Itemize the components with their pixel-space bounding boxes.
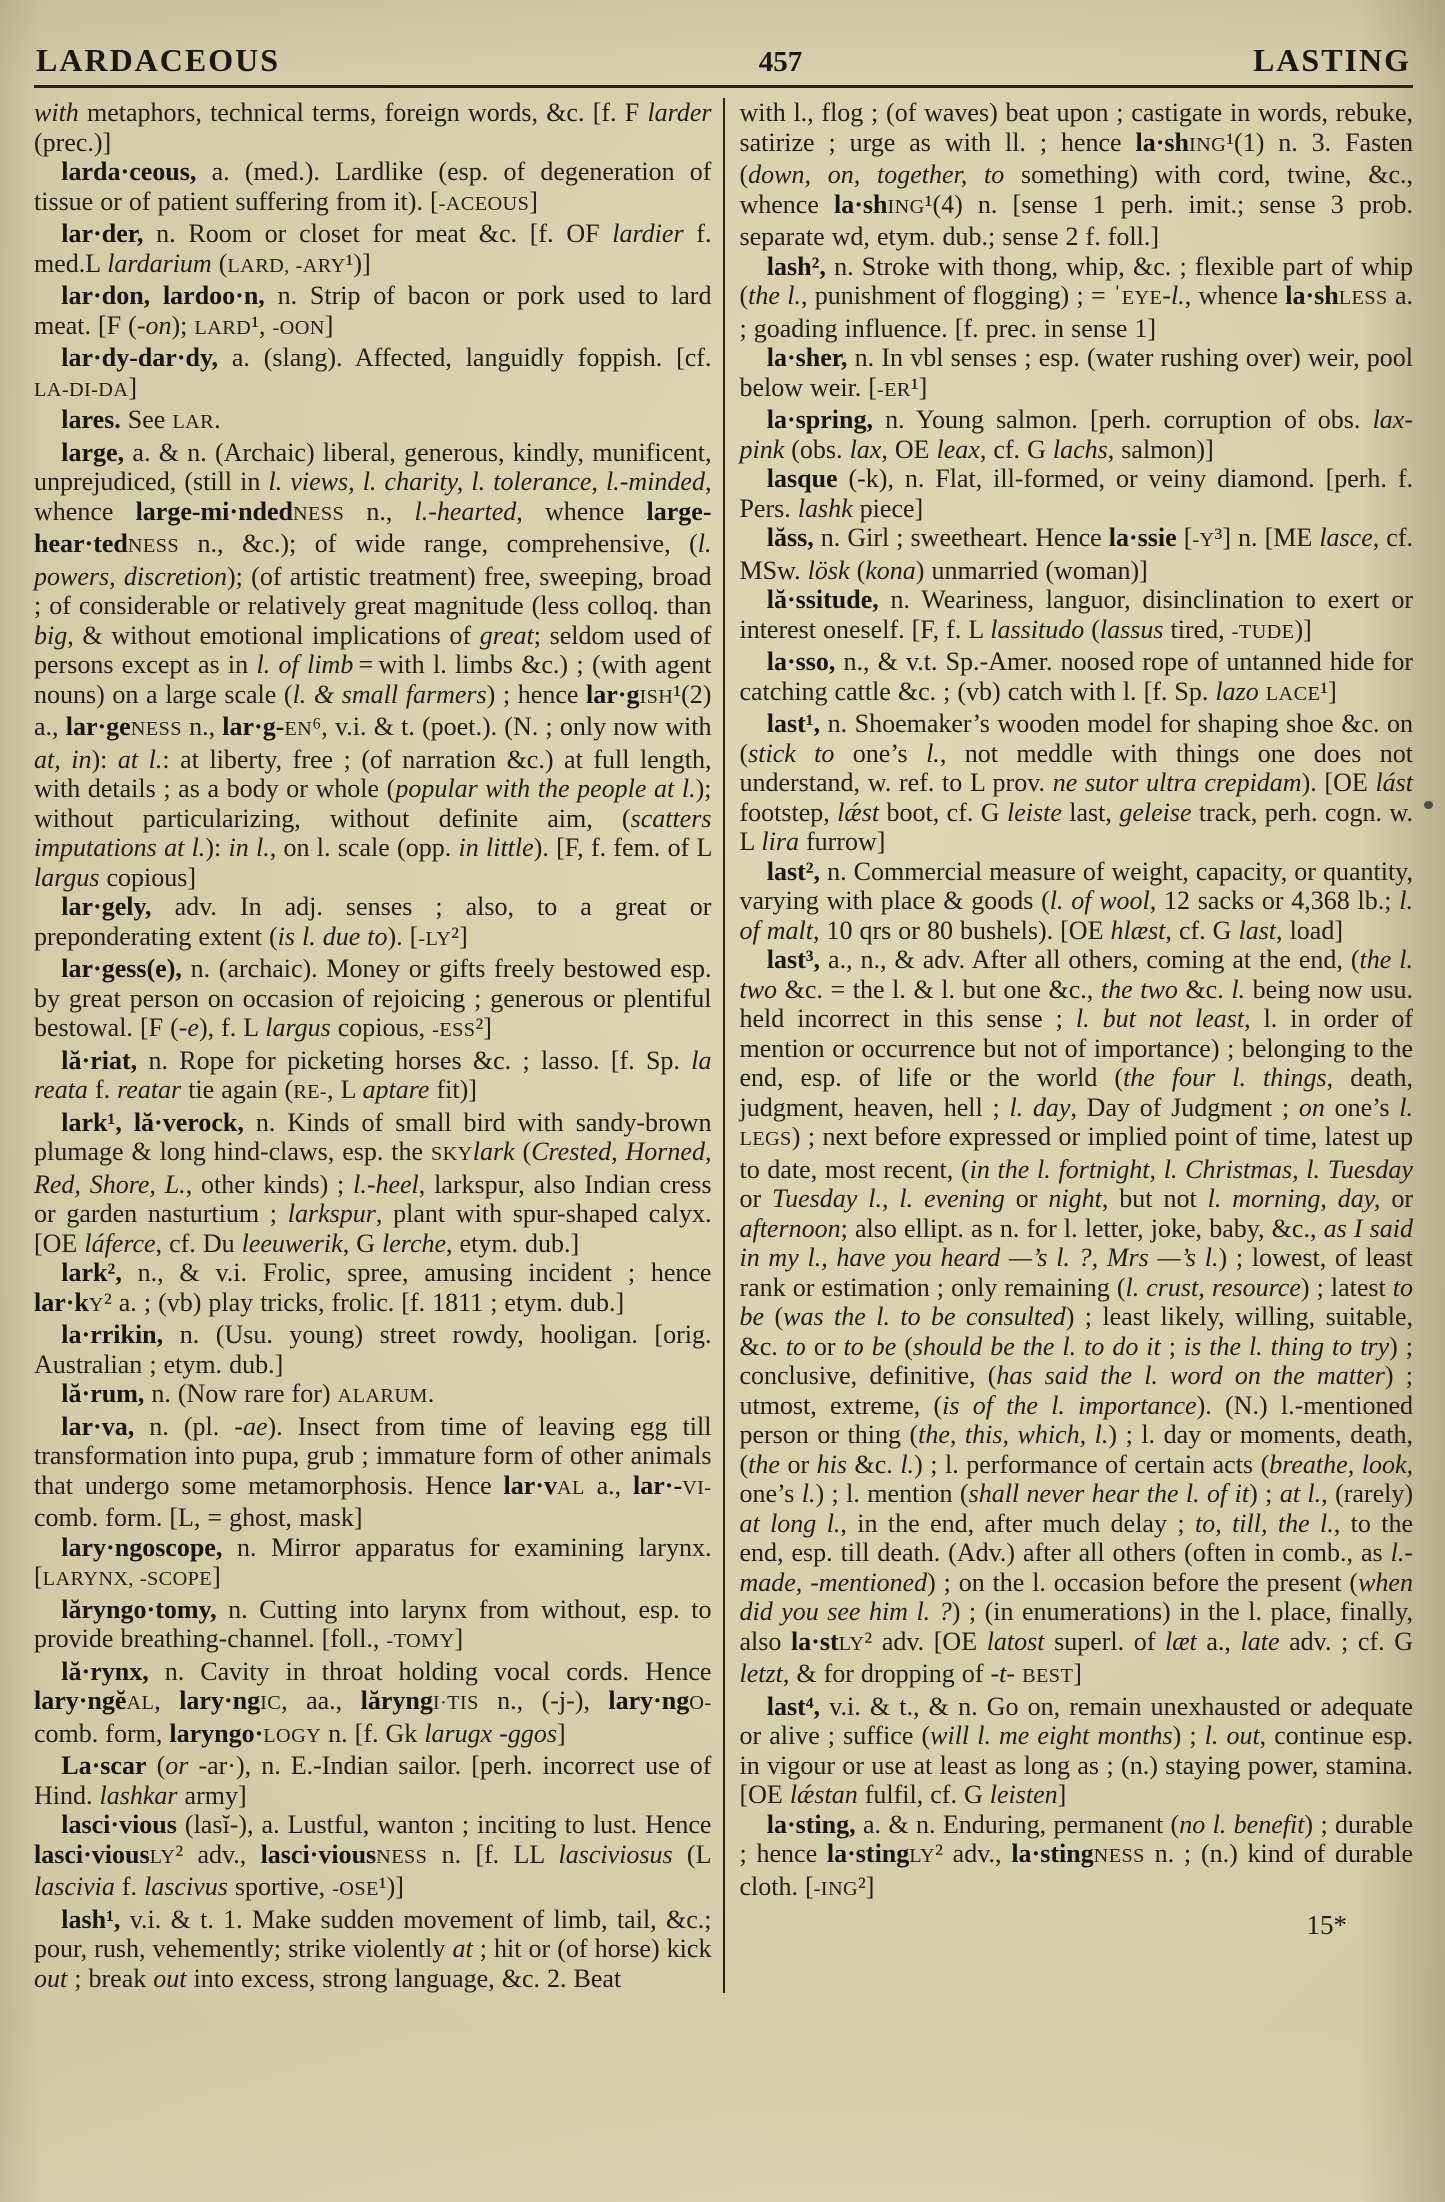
text-run-p: n., xyxy=(344,497,414,526)
text-run-p: ] xyxy=(212,1562,221,1591)
text-run-p: boot, cf. G xyxy=(879,798,1007,827)
text-run-p: n. Young salmon. [perh. corruption of ob… xyxy=(873,405,1373,434)
text-run-p: ( xyxy=(764,1302,783,1331)
text-run-i: hlæst xyxy=(1111,916,1166,945)
text-run-b: lar·va, xyxy=(61,1412,134,1441)
text-run-p: &c. xyxy=(847,1450,900,1479)
text-run-sc: LARD, -ARY xyxy=(227,255,345,277)
text-run-p: n., (-j-), xyxy=(479,1686,609,1715)
text-run-p: n. Cavity in throat holding vocal cords.… xyxy=(149,1657,712,1686)
text-run-i: the two xyxy=(1101,975,1178,1004)
text-run-p: (obs. xyxy=(784,435,849,464)
text-run-b: lar·k xyxy=(34,1288,89,1317)
text-run-p: , in the end, after much delay ; xyxy=(840,1509,1195,1538)
dictionary-entry: la·spring, n. Young salmon. [perh. corru… xyxy=(739,405,1413,464)
text-run-sc: LEGS xyxy=(739,1128,791,1150)
text-run-b: lar·g xyxy=(586,680,639,709)
text-run-i: should be the l. to do it xyxy=(913,1332,1161,1361)
text-run-i: is of the l. importance xyxy=(942,1391,1196,1420)
text-run-sc: EN xyxy=(284,718,312,740)
text-run-p: n. [f. LL xyxy=(427,1840,558,1869)
text-run-p: ): xyxy=(91,745,117,774)
text-run-p: ) ; hence xyxy=(487,680,586,709)
text-run-b: lasci·vious xyxy=(34,1840,150,1869)
text-run-sc: NESS xyxy=(131,718,182,740)
text-run-sc: LY xyxy=(150,1846,176,1868)
text-run-i: l. xyxy=(802,1479,816,1508)
dictionary-entry: La·scar (or -ar·), n. E.-Indian sailor. … xyxy=(34,1751,711,1810)
text-run-i: has said the l. word on the matter xyxy=(996,1361,1385,1390)
dictionary-entry: la·rrikin, n. (Usu. young) street rowdy,… xyxy=(34,1320,711,1379)
text-run-b: lă·ssitude, xyxy=(767,585,879,614)
dictionary-entry: larda·ceous, a. (med.). Lardlike (esp. o… xyxy=(34,157,711,219)
text-run-i: lást xyxy=(1375,768,1413,797)
dictionary-entry: lasci·vious (lasĭ-), a. Lustful, wanton … xyxy=(34,1810,711,1905)
text-run-sc: -OSE xyxy=(332,1878,379,1900)
text-run-p: sportive, xyxy=(228,1872,332,1901)
text-run-i: lachs xyxy=(1053,435,1108,464)
text-run-i: to xyxy=(786,1332,806,1361)
text-run-p: comb. form, xyxy=(34,1719,169,1748)
text-run-sc: -TOMY xyxy=(386,1630,454,1652)
text-run-b: lar·v xyxy=(504,1471,557,1500)
text-run-p: (prec.)] xyxy=(34,128,111,157)
text-run-sc: LACE xyxy=(1266,683,1321,705)
text-run-i: lira xyxy=(761,827,799,856)
text-run-p: a. (slang). Affected, languidly foppish.… xyxy=(218,343,711,372)
text-run-i: or xyxy=(165,1751,188,1780)
text-run-i: l. crust, resource xyxy=(1125,1273,1300,1302)
text-run-i: the l. xyxy=(748,281,801,310)
text-run-p: army] xyxy=(178,1781,247,1810)
text-run-sc: ING xyxy=(1189,134,1226,156)
text-run-p: ( xyxy=(850,556,866,585)
text-run-i: big xyxy=(34,621,67,650)
text-run-i: larugx -ggos xyxy=(424,1719,557,1748)
text-run-b: lary·ng xyxy=(179,1686,260,1715)
text-run-p: , cf. Du xyxy=(156,1229,242,1258)
text-run-i: in the l. fortnight, l. Christmas, l. Tu… xyxy=(970,1155,1413,1184)
guide-word-right: LASTING xyxy=(1253,42,1411,79)
text-run-i: last xyxy=(1238,916,1276,945)
dictionary-entry: lark², n., & v.i. Frolic, spree, amusing… xyxy=(34,1258,711,1320)
text-run-p: ) ; l. mention ( xyxy=(816,1479,969,1508)
text-run-b: larda·ceous, xyxy=(61,157,196,186)
text-run-i: no l. benefit xyxy=(1179,1810,1304,1839)
text-run-p: ( xyxy=(212,249,228,278)
text-run-b: lar·- xyxy=(633,1471,682,1500)
text-run-p: ] xyxy=(1058,1780,1067,1809)
text-run-p xyxy=(1259,677,1266,706)
guide-word-left: LARDACEOUS xyxy=(36,42,280,79)
text-run-sc: LY xyxy=(839,1633,865,1655)
text-run-b: lash¹, xyxy=(61,1905,120,1934)
text-run-b: lar·ge xyxy=(66,712,131,741)
text-run-sc: Y xyxy=(89,1294,104,1316)
text-run-sc: -ING xyxy=(814,1878,858,1900)
text-run-p: fit)] xyxy=(429,1075,476,1104)
text-run-p: n., xyxy=(182,712,222,741)
text-run-i: lax xyxy=(850,435,882,464)
text-run-b: lark¹, lă·verock, xyxy=(61,1108,244,1137)
text-run-p: (L xyxy=(673,1840,712,1869)
text-run-i: leax xyxy=(937,435,980,464)
dictionary-entry: lary·ngoscope, n. Mirror apparatus for e… xyxy=(34,1533,711,1595)
text-run-p: ¹)] xyxy=(379,1872,404,1901)
text-run-i: l.-hearted xyxy=(414,497,516,526)
text-run-i: in l. xyxy=(228,833,269,862)
text-run-p: ²] xyxy=(451,922,467,951)
dictionary-entry: last¹, n. Shoemaker’s wooden model for s… xyxy=(739,709,1413,857)
text-run-b: lar·der, xyxy=(61,219,143,248)
text-run-p: , whence xyxy=(1185,281,1286,310)
text-run-b: la·rrikin, xyxy=(61,1320,163,1349)
text-run-p: , G xyxy=(343,1229,382,1258)
text-run-p: . xyxy=(214,405,221,434)
text-run-i: stick to xyxy=(748,739,834,768)
text-run-p: See xyxy=(121,405,173,434)
dictionary-entry: lă·rum, n. (Now rare for) ALARUM. xyxy=(34,1379,711,1412)
text-run-p: , etym. dub.] xyxy=(446,1229,579,1258)
dictionary-entry: lă·rynx, n. Cavity in throat holding voc… xyxy=(34,1657,711,1752)
text-run-p: a., xyxy=(585,1471,633,1500)
text-run-i: l. views, l. charity, l. tolerance, l.-m… xyxy=(268,467,704,496)
text-run-p: ( xyxy=(515,1137,532,1166)
text-run-sc: -OON xyxy=(273,317,325,339)
text-run-i: lascivia xyxy=(34,1872,115,1901)
text-run-p: &c. xyxy=(1178,975,1231,1004)
text-run-i: Tuesday l., l. evening xyxy=(772,1184,1005,1213)
text-run-b: lary·ngĕ xyxy=(34,1686,126,1715)
text-run-sc: NESS xyxy=(128,535,179,557)
text-run-i: at, in xyxy=(34,745,91,774)
dictionary-entry: la·sher, n. In vbl senses ; esp. (water … xyxy=(739,343,1413,405)
text-run-b: lă·rum, xyxy=(61,1379,144,1408)
text-run-i: was the l. to be consulted xyxy=(783,1302,1066,1331)
text-run-p: ³] n. [ME xyxy=(1215,523,1320,552)
text-run-p: ¹)] xyxy=(346,249,371,278)
text-run-sc: LY xyxy=(909,1845,935,1867)
text-run-sc: -ER xyxy=(877,379,911,401)
text-run-p: ] xyxy=(1073,1659,1082,1688)
text-run-p: ) ; xyxy=(1249,1479,1280,1508)
text-run-b: lary·ngoscope, xyxy=(61,1533,222,1562)
text-run-p: n. [f. Gk xyxy=(321,1719,424,1748)
text-run-i: leiste xyxy=(1007,798,1062,827)
dictionary-entry: last⁴, v.i. & t., & n. Go on, remain une… xyxy=(739,1692,1413,1810)
text-run-i: lardier xyxy=(612,219,683,248)
text-run-i: láferce xyxy=(84,1229,155,1258)
text-run-sc: O- xyxy=(689,1692,711,1714)
text-run-i: kona xyxy=(865,556,916,585)
text-run-p: ) unmarried (woman)] xyxy=(916,556,1148,585)
text-run-p: n. Room or closet for meat &c. [f. OF xyxy=(143,219,612,248)
text-run-p: f. xyxy=(115,1872,144,1901)
text-run-sc: -TUDE xyxy=(1232,621,1295,643)
text-run-i: leisten xyxy=(990,1780,1058,1809)
text-run-b: la·sh xyxy=(1136,128,1189,157)
dictionary-entry: lark¹, lă·verock, n. Kinds of small bird… xyxy=(34,1108,711,1259)
text-run-i: is the l. thing to try xyxy=(1184,1332,1389,1361)
text-run-i: at l. xyxy=(1280,1479,1321,1508)
text-run-p: ). [F, f. fem. of L xyxy=(534,833,712,862)
text-run-p: ( xyxy=(147,1751,166,1780)
text-run-i: popular with the people at l. xyxy=(395,774,695,803)
text-run-p: superl. of xyxy=(1044,1627,1165,1656)
text-run-p: piece] xyxy=(853,494,924,523)
text-run-p: ). [ xyxy=(388,922,419,951)
text-run-i: out xyxy=(34,1964,67,1993)
text-run-i: letzt xyxy=(739,1659,782,1688)
text-run-p: [ xyxy=(1177,523,1193,552)
text-run-p: ² adv., xyxy=(935,1839,1011,1868)
text-run-i: l. day xyxy=(1009,1093,1070,1122)
text-run-p: fulfil, cf. G xyxy=(858,1780,990,1809)
text-run-p: ²] xyxy=(475,1013,491,1042)
dictionary-page: LARDACEOUS 457 LASTING with metaphors, t… xyxy=(0,0,1445,1993)
text-run-p: ); xyxy=(172,311,195,340)
text-run-p: one’s xyxy=(1325,1093,1399,1122)
text-run-sc: -ESS xyxy=(432,1019,475,1041)
dictionary-entry: lar·der, n. Room or closet for meat &c. … xyxy=(34,219,711,281)
text-run-i: breathe, look, xyxy=(1269,1450,1413,1479)
text-run-b: lăryng xyxy=(361,1686,433,1715)
text-run-p: , but not xyxy=(1102,1184,1208,1213)
text-run-i: lardarium xyxy=(107,249,212,278)
text-run-p: n. Rope for picketing horses &c. ; lasso… xyxy=(137,1046,691,1075)
text-run-b: large, xyxy=(61,438,124,467)
text-run-i: l.-heel xyxy=(353,1170,419,1199)
text-run-sc: LA-DI-DA xyxy=(34,379,128,401)
text-run-b: laryngo· xyxy=(169,1719,263,1748)
text-run-i: l. of limb xyxy=(257,650,354,679)
text-run-p: a., xyxy=(1197,1627,1241,1656)
text-run-b: La·scar xyxy=(61,1751,146,1780)
text-run-sc: -LY xyxy=(418,928,451,950)
text-run-b: lash², xyxy=(767,252,826,281)
text-run-p: ): xyxy=(205,833,228,862)
text-run-b: la·ssie xyxy=(1109,523,1177,552)
text-run-sc: ISH xyxy=(639,686,673,708)
text-run-i: l. morning, day, xyxy=(1208,1184,1381,1213)
text-run-b: lar·g- xyxy=(222,712,284,741)
text-run-p: , & for dropping of xyxy=(783,1659,991,1688)
text-run-sc: EYE xyxy=(1122,287,1163,309)
text-run-sc: AL xyxy=(557,1477,585,1499)
text-run-sc: AL xyxy=(126,1692,154,1714)
text-run-p: , punishment of flogging) ; = ˈ xyxy=(801,281,1122,310)
text-run-p: or xyxy=(1005,1184,1049,1213)
text-run-p: n., & v.i. Frolic, spree, amusing incide… xyxy=(122,1258,712,1287)
text-run-p: (lasĭ-), a. Lustful, wanton ; inciting t… xyxy=(177,1810,712,1839)
text-run-sc: I·TIS xyxy=(433,1692,479,1714)
dictionary-entry: last², n. Commercial measure of weight, … xyxy=(739,857,1413,946)
text-run-i: lashk xyxy=(798,494,853,523)
text-run-sc: NESS xyxy=(1094,1845,1145,1867)
dictionary-entry: lares. See LAR. xyxy=(34,405,711,438)
text-run-i: to be xyxy=(844,1332,897,1361)
text-run-i: afternoon xyxy=(739,1214,840,1243)
text-run-b: lă·rynx, xyxy=(61,1657,148,1686)
text-run-b: la·sh xyxy=(834,190,887,219)
text-run-sc: ALARUM xyxy=(338,1385,428,1407)
text-run-p: ; xyxy=(1161,1332,1184,1361)
text-run-p: n. Girl ; sweetheart. Hence xyxy=(814,523,1109,552)
text-run-b: la·sso, xyxy=(767,647,836,676)
text-run-b: lar·gess(e), xyxy=(61,954,182,983)
text-run-i: lassus xyxy=(1100,615,1164,644)
text-run-b: lares. xyxy=(61,405,120,434)
dictionary-entry: lash², n. Stroke with thong, whip, &c. ;… xyxy=(739,252,1413,344)
text-run-i: his xyxy=(817,1450,847,1479)
dictionary-entry: lash¹, v.i. & t. 1. Make sudden movement… xyxy=(34,1905,711,1994)
text-run-p: , salmon)] xyxy=(1108,435,1214,464)
text-run-i: lerche xyxy=(382,1229,446,1258)
text-run-sc: IC xyxy=(260,1692,281,1714)
text-run-i: l. xyxy=(900,1450,914,1479)
text-run-i: l. but not least xyxy=(1076,1004,1244,1033)
text-run-b: la·spring, xyxy=(767,405,873,434)
text-run-i: l. xyxy=(1399,1093,1413,1122)
text-run-p: ) ; latest xyxy=(1301,1273,1393,1302)
header-rule xyxy=(34,85,1413,88)
text-run-p: , xyxy=(154,1686,179,1715)
dictionary-entry: lă·ssitude, n. Weariness, languor, disin… xyxy=(739,585,1413,647)
text-run-p: metaphors, technical terms, foreign word… xyxy=(87,98,647,127)
text-run-p: or xyxy=(1380,1184,1413,1213)
text-run-p: , cf. G xyxy=(980,435,1053,464)
entry-continuation: with metaphors, technical terms, foreign… xyxy=(34,98,711,157)
text-run-p: ] xyxy=(128,373,137,402)
text-run-p: copious] xyxy=(100,863,197,892)
text-run-i: larder xyxy=(647,98,711,127)
text-run-p: )] xyxy=(1294,615,1311,644)
text-run-b: la·sting, xyxy=(767,1810,856,1839)
running-head: LARDACEOUS 457 LASTING xyxy=(34,42,1413,85)
text-run-i: l. & small farmers xyxy=(293,680,487,709)
text-run-p: ¹, xyxy=(251,311,272,340)
text-run-b: lar·dy-dar·dy, xyxy=(61,343,218,372)
text-run-p: . xyxy=(428,1379,435,1408)
text-run-b: last⁴, xyxy=(767,1692,820,1721)
text-run-p: one’s xyxy=(739,1479,801,1508)
text-run-p: ¹] xyxy=(1320,677,1336,706)
text-run-b: lar·don, lardoo·n, xyxy=(61,281,265,310)
text-run-p: furrow] xyxy=(799,827,885,856)
signature-mark: 15* xyxy=(739,1910,1347,1941)
text-run-p: , Day of Judgment ; xyxy=(1070,1093,1298,1122)
text-run-sc: SKY xyxy=(431,1143,473,1165)
dictionary-entry: la·sting, a. & n. Enduring, permanent (n… xyxy=(739,1810,1413,1905)
text-run-p: into excess, strong language, &c. 2. Bea… xyxy=(187,1964,622,1993)
text-run-p: , other kinds) ; xyxy=(186,1170,353,1199)
dictionary-entry: lar·gess(e), n. (archaic). Money or gift… xyxy=(34,954,711,1046)
text-run-p: ; break xyxy=(67,1964,153,1993)
text-run-p: ; also ellipt. as n. for l. letter, joke… xyxy=(841,1214,1324,1243)
text-run-i: out xyxy=(153,1964,186,1993)
text-run-p: footstep, xyxy=(739,798,837,827)
text-run-p: , OE xyxy=(881,435,936,464)
text-run-p: ² adv. [OE xyxy=(864,1627,986,1656)
text-run-p: , L xyxy=(327,1075,362,1104)
text-run-i: aptare xyxy=(363,1075,430,1104)
text-run-i: late xyxy=(1241,1627,1280,1656)
text-run-p: ²] xyxy=(858,1872,874,1901)
text-run-sc: -Y xyxy=(1192,529,1214,551)
text-run-sc: LARYNX, -SCOPE xyxy=(43,1568,212,1590)
text-run-p: , 12 sacks or 4,368 lb.; xyxy=(1150,886,1399,915)
text-run-p: or xyxy=(739,1184,772,1213)
text-run-i: the four l. things xyxy=(1123,1063,1327,1092)
text-run-i: at long l. xyxy=(739,1509,840,1538)
text-run-i: læt xyxy=(1165,1627,1197,1656)
text-run-p: last, xyxy=(1062,798,1119,827)
text-run-i: lǽst xyxy=(837,798,879,827)
text-run-i: geleise xyxy=(1119,798,1191,827)
text-run-p: ). [OE xyxy=(1302,768,1376,797)
text-run-i: -l. xyxy=(1162,281,1184,310)
text-run-i: -t- xyxy=(991,1659,1016,1688)
text-run-p: copious, xyxy=(331,1013,432,1042)
text-run-i: to, till, the l. xyxy=(1195,1509,1334,1538)
text-run-i: is l. due to xyxy=(278,922,388,951)
text-run-b: lark², xyxy=(61,1258,122,1287)
text-run-i: lösk xyxy=(808,556,850,585)
text-run-b: la·sting xyxy=(1011,1839,1093,1868)
text-run-p: n. (pl. xyxy=(134,1412,234,1441)
ink-spot-artifact xyxy=(1424,801,1433,809)
text-run-p: , 10 qrs or 80 bushels). [OE xyxy=(813,916,1111,945)
text-run-i: night xyxy=(1048,1184,1101,1213)
text-run-sc: ING xyxy=(887,196,924,218)
text-run-sc: RE- xyxy=(293,1081,327,1103)
text-run-i: lassitudo xyxy=(990,615,1084,644)
text-run-i: down, on, together, to xyxy=(748,160,1004,189)
text-run-i: -on xyxy=(137,311,172,340)
text-run-sc: BEST xyxy=(1022,1665,1073,1687)
text-run-p: ¹] xyxy=(911,373,927,402)
text-run-p: &c. = the l. & l. but one &c., xyxy=(777,975,1101,1004)
text-run-i: at l. xyxy=(118,745,162,774)
dictionary-entry: lăss, n. Girl ; sweetheart. Hence la·ssi… xyxy=(739,523,1413,585)
text-run-sc: NESS xyxy=(376,1846,427,1868)
text-run-i: on xyxy=(1299,1093,1325,1122)
dictionary-entry: lasque (-k), n. Flat, ill-formed, or vei… xyxy=(739,464,1413,523)
text-run-p: ; hit or (of horse) kick xyxy=(473,1934,712,1963)
text-run-sc: LESS xyxy=(1339,287,1388,309)
text-run-i: lasciviosus xyxy=(559,1840,673,1869)
dictionary-entry: la·sso, n., & v.t. Sp.-Amer. noosed rope… xyxy=(739,647,1413,709)
text-run-i: leeuwerik xyxy=(242,1229,343,1258)
text-run-b: lă·riat, xyxy=(61,1046,137,1075)
text-run-i: larkspur xyxy=(288,1199,376,1228)
text-run-p: ] xyxy=(557,1719,566,1748)
text-run-i: at xyxy=(452,1934,472,1963)
text-run-p: f. xyxy=(88,1075,117,1104)
text-run-p: tired, xyxy=(1163,615,1231,644)
text-run-b: lasci·vious xyxy=(261,1840,377,1869)
text-run-p: ⁶, v.i. & t. (poet.). (N. ; only now wit… xyxy=(312,712,711,741)
text-run-b: lasque xyxy=(767,464,838,493)
text-run-sc: LAR xyxy=(172,411,214,433)
text-run-i: lashkar xyxy=(100,1781,178,1810)
text-run-i: shall never hear the l. of it xyxy=(969,1479,1250,1508)
text-run-sc: LARD xyxy=(194,317,251,339)
text-run-p: , (rarely) xyxy=(1321,1479,1413,1508)
text-run-p: , & without emotional implications of xyxy=(67,621,480,650)
text-run-i: reatar xyxy=(117,1075,181,1104)
text-run-p: adv. ; cf. G xyxy=(1280,1627,1413,1656)
